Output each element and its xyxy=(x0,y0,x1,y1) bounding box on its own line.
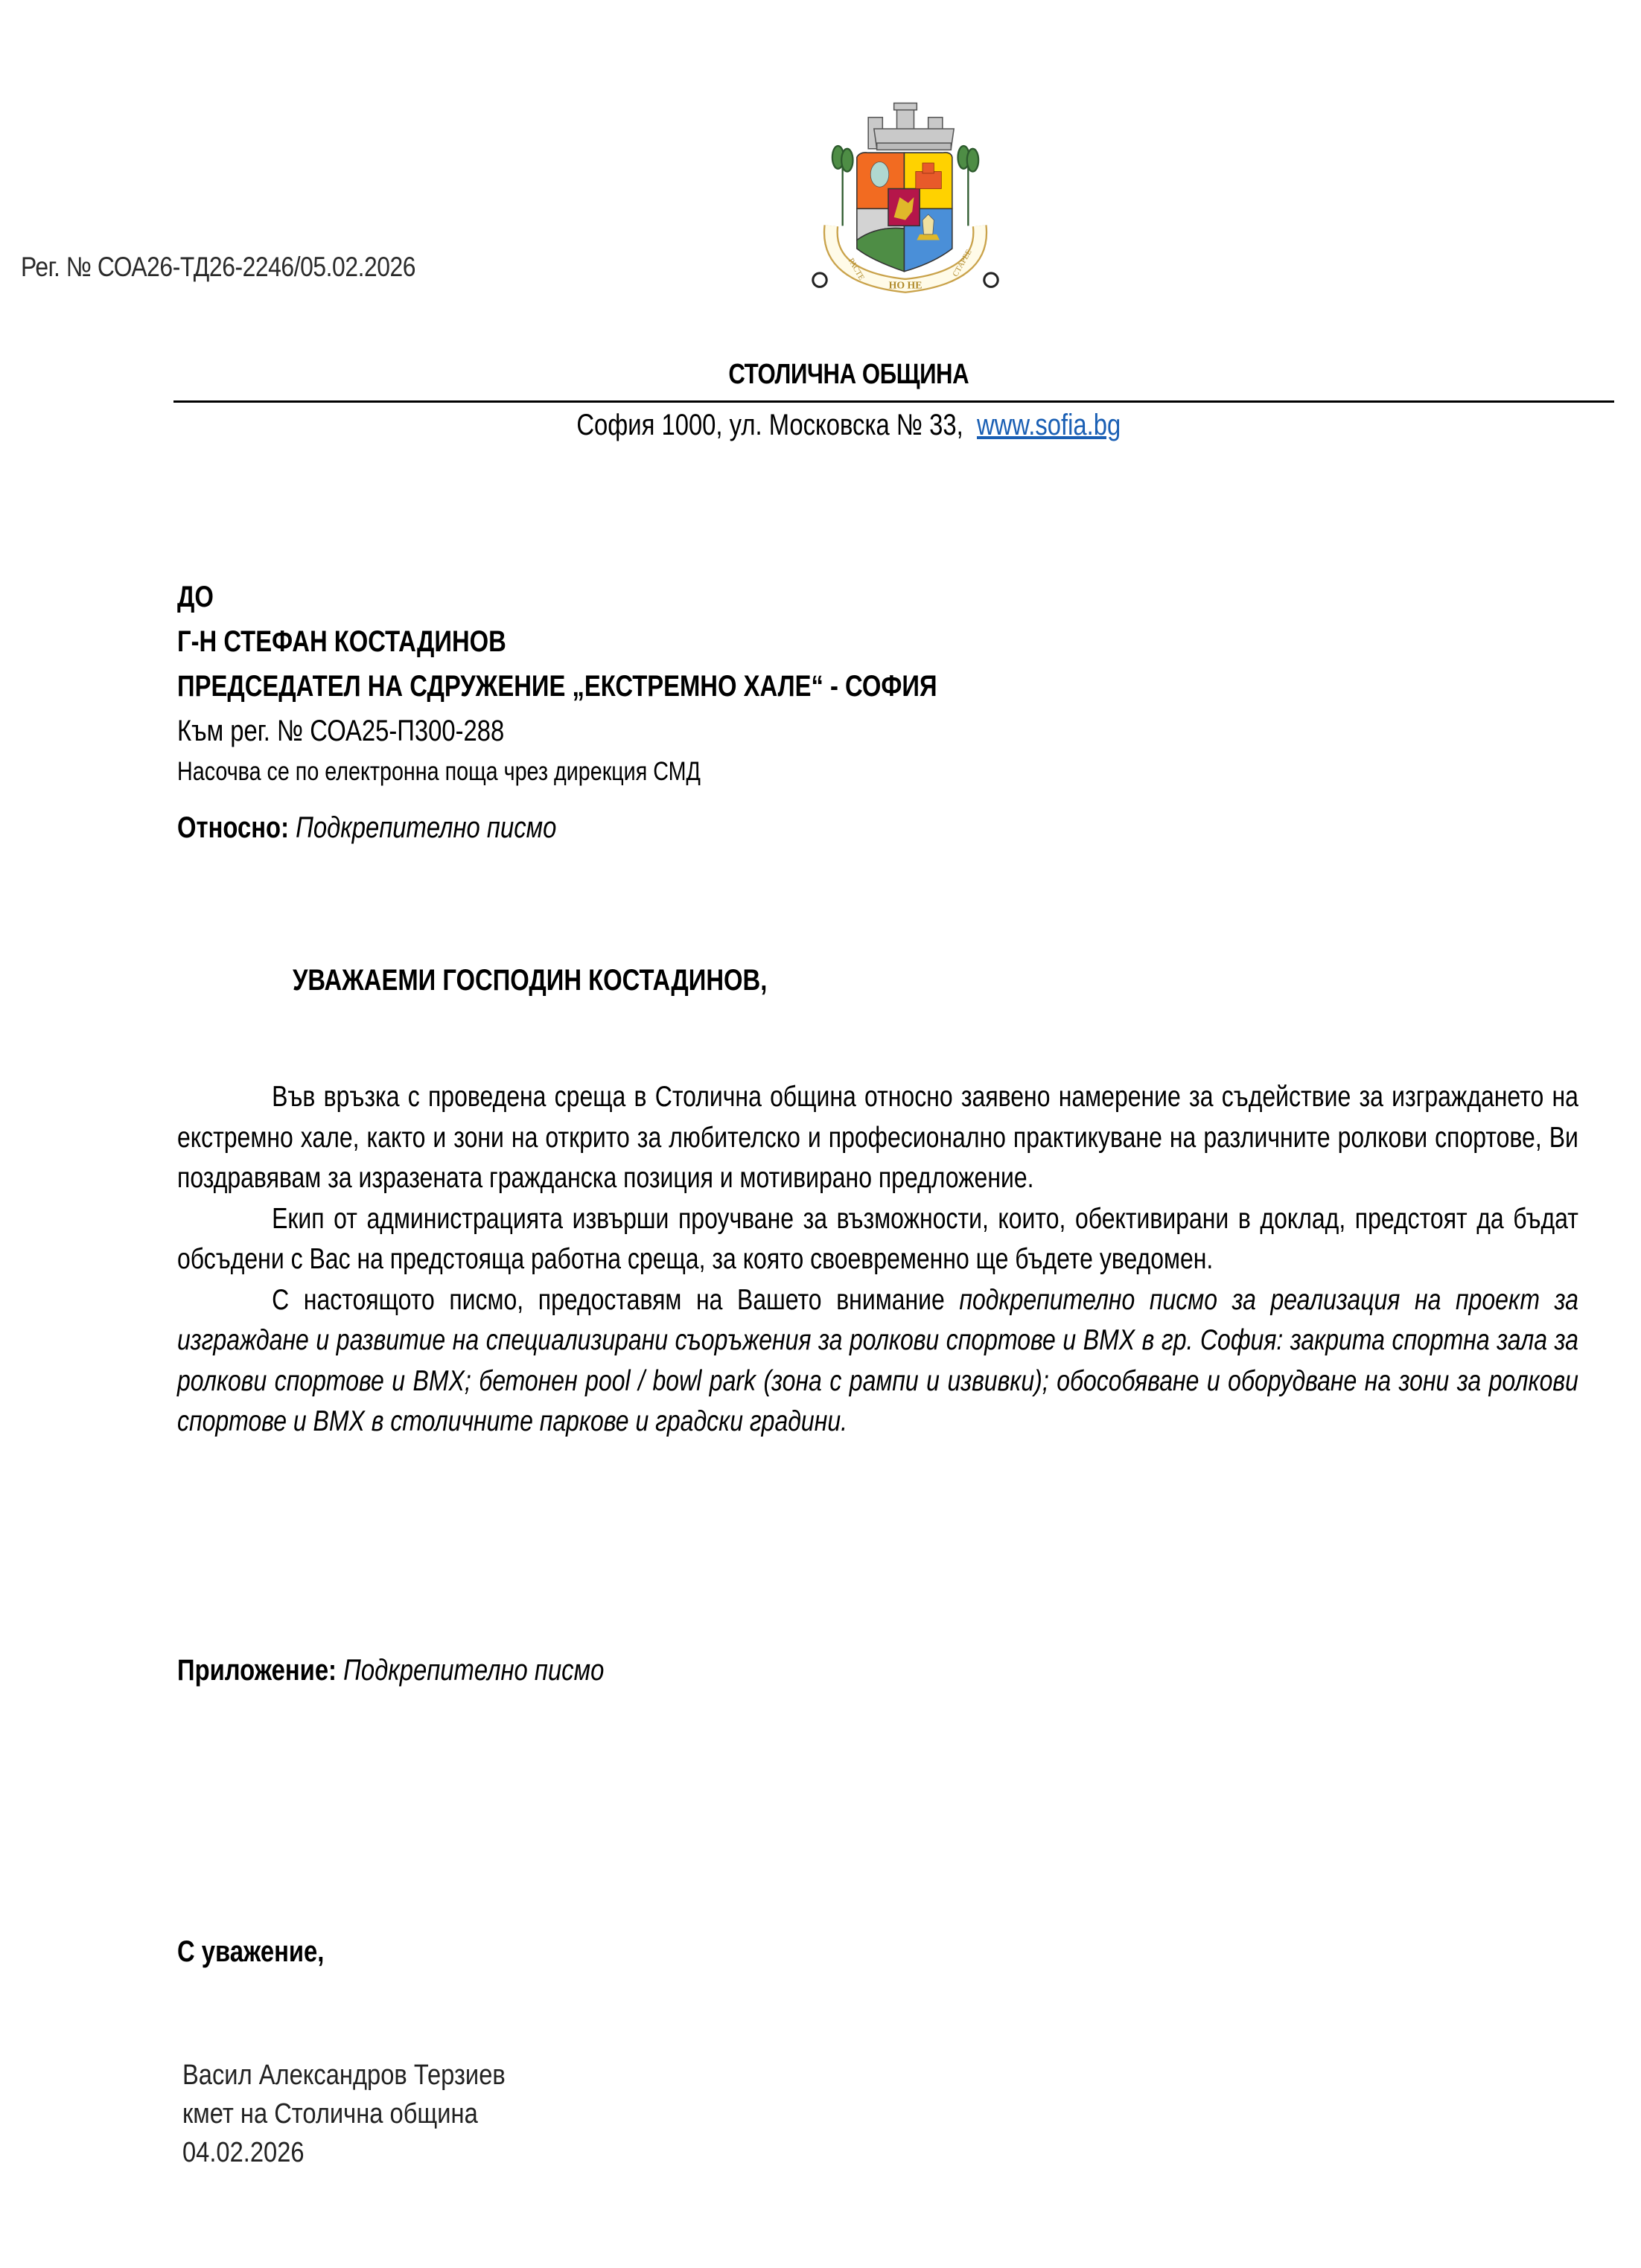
recipient-title: ПРЕДСЕДАТЕЛ НА СДРУЖЕНИЕ „ЕКСТРЕМНО ХАЛЕ… xyxy=(177,664,937,709)
organization-name: СТОЛИЧНА ОБЩИНА xyxy=(0,359,1641,391)
recipient-to: ДО xyxy=(177,575,937,619)
registration-number: Рег. № СОА26-ТД26-2246/05.02.2026 xyxy=(21,252,415,283)
signature-date: 04.02.2026 xyxy=(182,2133,506,2172)
salutation: УВАЖАЕМИ ГОСПОДИН КОСТАДИНОВ, xyxy=(293,964,767,997)
recipient-block: ДО Г-Н СТЕФАН КОСТАДИНОВ ПРЕДСЕДАТЕЛ НА … xyxy=(177,575,1104,790)
sofia-coat-of-arms-icon: НО НЕ РАСТЕ СТАРЕЕ xyxy=(786,74,1042,320)
organization-address: София 1000, ул. Московска № 33, www.sofi… xyxy=(0,409,1641,442)
delivery-note: Насочва се по електронна поща чрез дирек… xyxy=(177,753,937,790)
svg-text:НО НЕ: НО НЕ xyxy=(889,280,923,291)
paragraph-3-plain: С настоящото писмо, предоставям на Вашет… xyxy=(272,1284,959,1316)
header-divider xyxy=(173,400,1614,403)
signature-block: Васил Александров Терзиев кмет на Столич… xyxy=(182,2056,558,2172)
letter-page: Рег. № СОА26-ТД26-2246/05.02.2026 xyxy=(0,0,1641,2268)
signatory-name: Васил Александров Терзиев xyxy=(182,2056,506,2095)
body-paragraph-3: С настоящото писмо, предоставям на Вашет… xyxy=(177,1280,1578,1443)
letter-body: Във връзка с проведена среща в Столична … xyxy=(177,1077,1578,1443)
recipient-name: Г-Н СТЕФАН КОСТАДИНОВ xyxy=(177,619,937,664)
attachment-label: Приложение: xyxy=(177,1654,337,1687)
body-paragraph-1: Във връзка с проведена среща в Столична … xyxy=(177,1077,1578,1199)
reference-number: Към рег. № СОА25-П300-288 xyxy=(177,709,937,753)
closing: С уважение, xyxy=(177,1935,324,1969)
body-paragraph-2: Екип от администрацията извърши проучван… xyxy=(177,1199,1578,1280)
subject-line: Относно: Подкрепително писмо xyxy=(177,811,556,845)
signatory-position: кмет на Столична община xyxy=(182,2095,506,2133)
attachment-value: Подкрепително писмо xyxy=(343,1654,604,1687)
attachment-line: Приложение: Подкрепително писмо xyxy=(177,1654,604,1687)
website-link[interactable]: www.sofia.bg xyxy=(977,409,1121,441)
address-text: София 1000, ул. Московска № 33, xyxy=(576,409,963,441)
subject-value: Подкрепително писмо xyxy=(296,811,556,844)
subject-label: Относно: xyxy=(177,811,289,844)
